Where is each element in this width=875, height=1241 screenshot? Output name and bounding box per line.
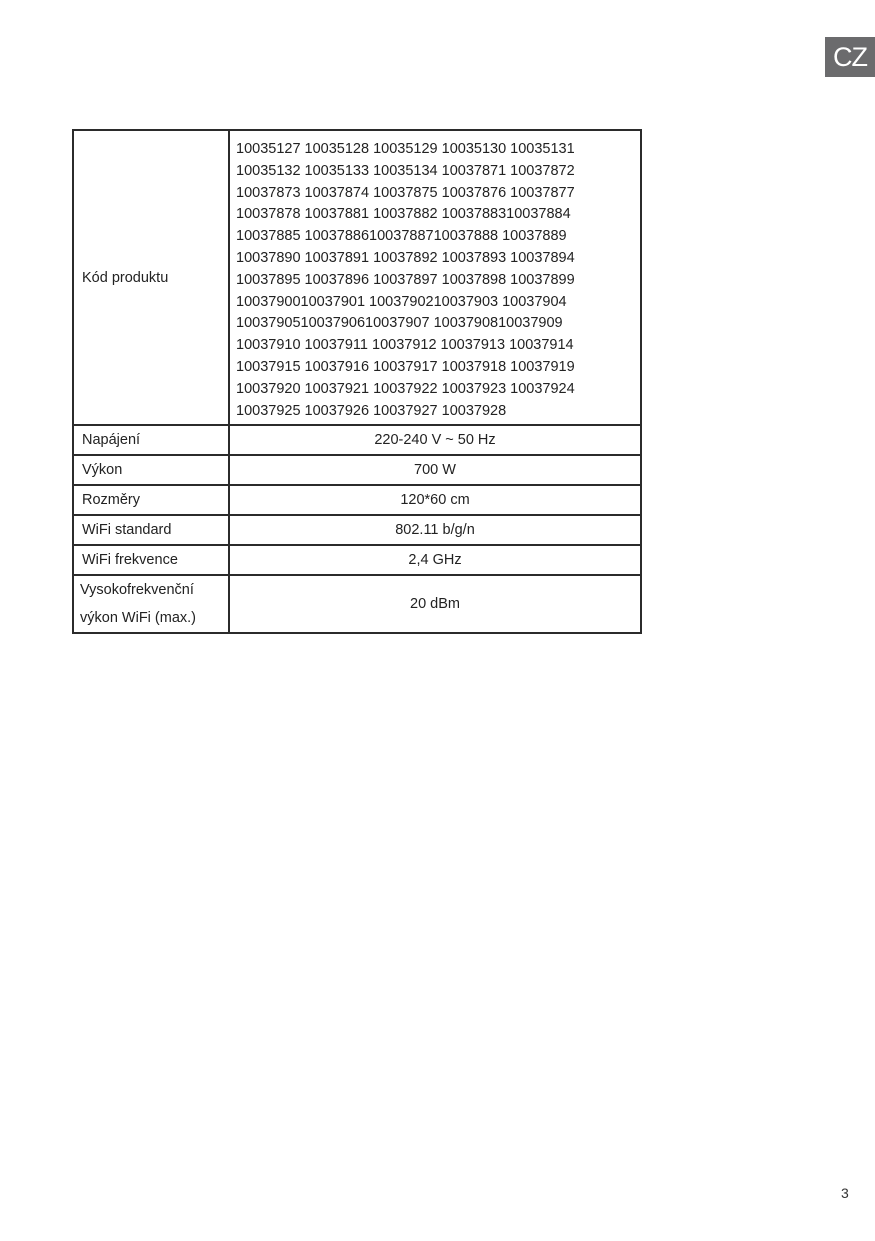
- table-row-product-code: Kód produktu 10035127 10035128 10035129 …: [73, 130, 641, 425]
- rf-power-label-line2: výkon WiFi (max.): [80, 604, 228, 632]
- table-row-power: Výkon 700 W: [73, 455, 641, 485]
- product-code-line: 10037885 100378861003788710037888 100378…: [236, 226, 640, 248]
- specification-table: Kód produktu 10035127 10035128 10035129 …: [72, 129, 642, 634]
- product-code-line: 10037873 10037874 10037875 10037876 1003…: [236, 183, 640, 205]
- product-code-line: 10037878 10037881 10037882 1003788310037…: [236, 204, 640, 226]
- product-code-line: 10037915 10037916 10037917 10037918 1003…: [236, 357, 640, 379]
- product-code-line: 1003790010037901 1003790210037903 100379…: [236, 292, 640, 314]
- rf-power-label-line1: Vysokofrekvenční: [80, 576, 228, 604]
- wifi-standard-label: WiFi standard: [73, 515, 229, 545]
- wifi-frequency-label: WiFi frekvence: [73, 545, 229, 575]
- dimensions-label: Rozměry: [73, 485, 229, 515]
- product-code-line: 100379051003790610037907 100379081003790…: [236, 313, 640, 335]
- power-value: 700 W: [229, 455, 641, 485]
- product-code-line: 10035127 10035128 10035129 10035130 1003…: [236, 139, 640, 161]
- product-code-line: 10037925 10037926 10037927 10037928: [236, 401, 640, 423]
- product-code-line: 10037910 10037911 10037912 10037913 1003…: [236, 335, 640, 357]
- product-code-label: Kód produktu: [73, 130, 229, 425]
- product-code-line: 10037890 10037891 10037892 10037893 1003…: [236, 248, 640, 270]
- table-row-dimensions: Rozměry 120*60 cm: [73, 485, 641, 515]
- rf-power-value: 20 dBm: [229, 575, 641, 633]
- product-code-list: 10035127 10035128 10035129 10035130 1003…: [229, 130, 641, 425]
- product-code-line: 10037895 10037896 10037897 10037898 1003…: [236, 270, 640, 292]
- language-badge: CZ: [825, 37, 875, 77]
- power-supply-label: Napájení: [73, 425, 229, 455]
- wifi-frequency-value: 2,4 GHz: [229, 545, 641, 575]
- product-code-line: 10035132 10035133 10035134 10037871 1003…: [236, 161, 640, 183]
- table-row-power-supply: Napájení 220-240 V ~ 50 Hz: [73, 425, 641, 455]
- dimensions-value: 120*60 cm: [229, 485, 641, 515]
- table-row-wifi-frequency: WiFi frekvence 2,4 GHz: [73, 545, 641, 575]
- power-supply-value: 220-240 V ~ 50 Hz: [229, 425, 641, 455]
- table-row-wifi-standard: WiFi standard 802.11 b/g/n: [73, 515, 641, 545]
- wifi-standard-value: 802.11 b/g/n: [229, 515, 641, 545]
- table-row-rf-power: Vysokofrekvenční výkon WiFi (max.) 20 dB…: [73, 575, 641, 633]
- rf-power-label: Vysokofrekvenční výkon WiFi (max.): [73, 575, 229, 633]
- power-label: Výkon: [73, 455, 229, 485]
- product-code-line: 10037920 10037921 10037922 10037923 1003…: [236, 379, 640, 401]
- page-number: 3: [841, 1185, 849, 1201]
